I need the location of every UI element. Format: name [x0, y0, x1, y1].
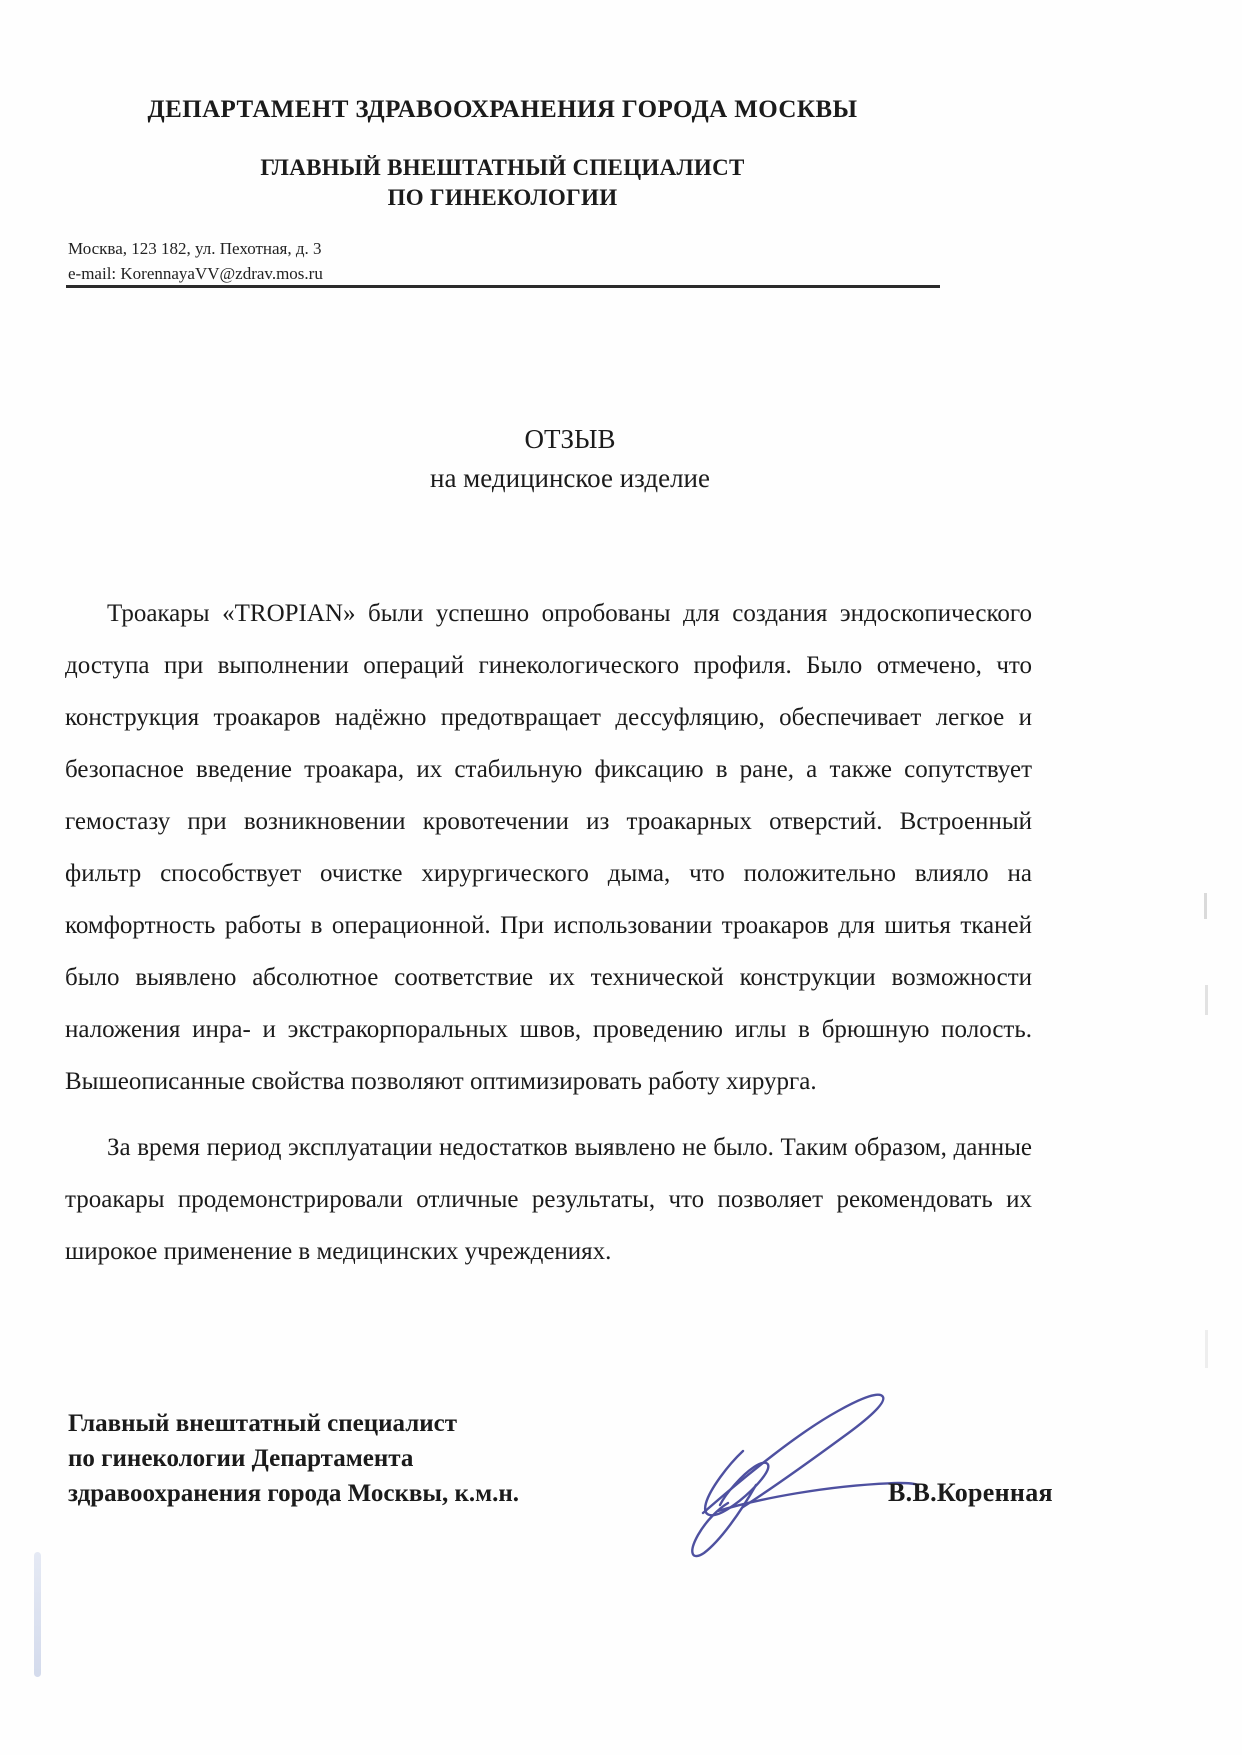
signatory-name: В.В.Коренная — [888, 1478, 1053, 1508]
document-page: ДЕПАРТАМЕНТ ЗДРАВООХРАНЕНИЯ ГОРОДА МОСКВ… — [0, 0, 1242, 1755]
postal-address: Москва, 123 182, ул. Пехотная, д. 3 — [68, 236, 323, 261]
signatory-title-line1: Главный внештатный специалист — [68, 1406, 519, 1441]
document-title: ОТЗЫВ на медицинское изделие — [65, 424, 1075, 494]
scan-artifact-1 — [1204, 893, 1207, 919]
email-address: e-mail: KorennayaVV@zdrav.mos.ru — [68, 261, 323, 286]
specialist-title-line1: ГЛАВНЫЙ ВНЕШТАТНЫЙ СПЕЦИАЛИСТ — [0, 155, 1005, 181]
paragraph-1: Троакары «TROPIAN» были успешно опробова… — [65, 588, 1032, 1108]
title-line2: на медицинское изделие — [65, 463, 1075, 494]
scan-artifact-3 — [1205, 1330, 1208, 1368]
scan-smudge-blue — [34, 1552, 41, 1677]
signatory-title-line2: по гинекологии Департамента — [68, 1441, 519, 1476]
handwritten-signature — [648, 1368, 998, 1568]
contact-block: Москва, 123 182, ул. Пехотная, д. 3 e-ma… — [68, 236, 323, 286]
signatory-title-line3: здравоохранения города Москвы, к.м.н. — [68, 1476, 519, 1511]
signatory-title-block: Главный внештатный специалист по гинекол… — [68, 1406, 519, 1511]
specialist-title-line2: ПО ГИНЕКОЛОГИИ — [0, 185, 1005, 211]
title-line1: ОТЗЫВ — [65, 424, 1075, 455]
department-title: ДЕПАРТАМЕНТ ЗДРАВООХРАНЕНИЯ ГОРОДА МОСКВ… — [0, 96, 1005, 124]
letterhead: ДЕПАРТАМЕНТ ЗДРАВООХРАНЕНИЯ ГОРОДА МОСКВ… — [0, 96, 1005, 211]
scan-artifact-2 — [1205, 985, 1208, 1015]
letter-body: Троакары «TROPIAN» были успешно опробова… — [65, 588, 1032, 1278]
header-divider — [66, 285, 940, 288]
paragraph-2: За время период эксплуатации недостатков… — [65, 1122, 1032, 1278]
